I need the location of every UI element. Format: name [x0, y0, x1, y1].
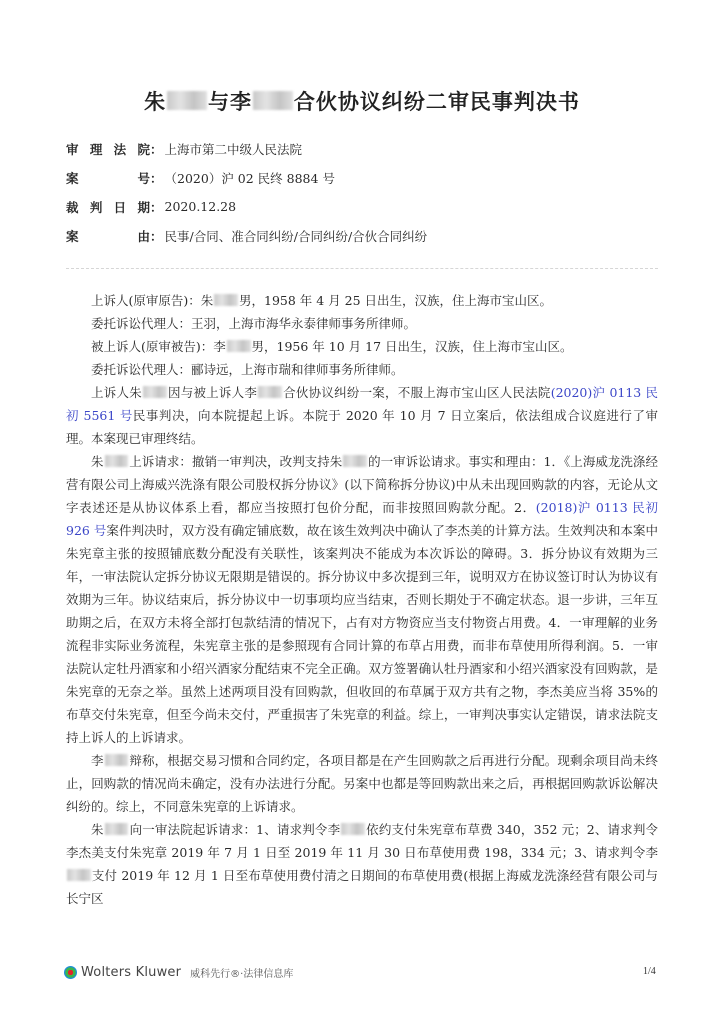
redacted-name — [105, 754, 129, 765]
text: 合伙协议纠纷一案，不服上海市宝山区人民法院 — [283, 385, 551, 400]
redacted-name — [167, 91, 207, 110]
meta-label: 审 理 法 院 — [66, 140, 150, 158]
text: 上诉人(原审原告)：朱 — [91, 293, 213, 308]
redacted-name — [143, 386, 167, 397]
paragraph-appellant-agent: 委托诉讼代理人：王羽，上海市海华永泰律师事务所律师。 — [66, 312, 658, 335]
text: 支付 2019 年 12 月 1 日至布草使用费付清之日期间的布草使用费(根据上… — [66, 868, 658, 906]
text: 朱 — [91, 822, 104, 837]
text: 李 — [91, 753, 104, 768]
label-char: 日 — [114, 198, 127, 216]
paragraph-defense: 李辩称，根据交易习惯和合同约定，各项目都是在产生回购款之后再进行分配。现剩余项目… — [66, 749, 658, 818]
label-char: 案 — [66, 227, 79, 245]
paragraph-appeal-request: 朱上诉请求：撤销一审判决，改判支持朱的一审诉讼请求。事实和理由：1．《上海威龙洗… — [66, 450, 658, 749]
text: 上诉请求：撤销一审判决，改判支持朱 — [129, 454, 342, 469]
colon: ： — [150, 169, 163, 187]
paragraph-appellee: 被上诉人(原审被告)：李男，1956 年 10 月 17 日出生，汉族，住上海市… — [66, 335, 658, 358]
label-char: 法 — [114, 140, 127, 158]
redacted-name — [67, 869, 91, 880]
title-part: 合伙协议纠纷二审民事判决书 — [294, 89, 580, 114]
footer-branding: Wolters Kluwer 威科先行®·法律信息库 — [64, 965, 293, 980]
meta-court: 审 理 法 院 ： 上海市第二中级人民法院 — [66, 134, 427, 163]
label-char: 理 — [90, 140, 103, 158]
label-char: 院 — [137, 140, 150, 158]
meta-value: （2020）沪 02 民终 8884 号 — [165, 169, 335, 187]
label-char: 案 — [66, 169, 79, 187]
paragraph-appellant: 上诉人(原审原告)：朱男，1958 年 4 月 25 日出生，汉族，住上海市宝山… — [66, 289, 658, 312]
meta-value: 上海市第二中级人民法院 — [165, 140, 303, 158]
text: 男，1956 年 10 月 17 日出生，汉族，住上海市宝山区。 — [252, 339, 573, 354]
product-name: 威科先行®·法律信息库 — [190, 965, 293, 980]
redacted-name — [258, 386, 282, 397]
label-char: 号 — [137, 169, 150, 187]
case-metadata: 审 理 法 院 ： 上海市第二中级人民法院 案 号 ： （2020）沪 02 民… — [66, 134, 427, 250]
redacted-name — [341, 823, 365, 834]
text: 因与被上诉人李 — [168, 385, 257, 400]
document-title: 朱与李合伙协议纠纷二审民事判决书 — [0, 86, 724, 116]
redacted-name — [253, 91, 293, 110]
text: 朱 — [91, 454, 104, 469]
colon: ： — [150, 198, 163, 216]
judgment-body: 上诉人(原审原告)：朱男，1958 年 4 月 25 日出生，汉族，住上海市宝山… — [66, 289, 658, 910]
label-char: 期 — [137, 198, 150, 216]
title-part: 与李 — [208, 89, 252, 114]
meta-cause: 案 由 ： 民事/合同、准合同纠纷/合同纠纷/合伙合同纠纷 — [66, 221, 427, 250]
page-number: 1/4 — [643, 966, 656, 977]
brand-name: Wolters Kluwer — [81, 965, 181, 980]
redacted-name — [343, 455, 367, 466]
meta-label: 案 由 — [66, 227, 150, 245]
meta-value: 民事/合同、准合同纠纷/合同纠纷/合伙合同纠纷 — [165, 227, 428, 245]
title-part: 朱 — [144, 89, 166, 114]
redacted-name — [105, 455, 129, 466]
redacted-name — [227, 340, 251, 351]
redacted-name — [105, 823, 129, 834]
redacted-name — [214, 294, 238, 305]
label-char: 裁 — [66, 198, 79, 216]
meta-case-number: 案 号 ： （2020）沪 02 民终 8884 号 — [66, 163, 427, 192]
label-char: 由 — [137, 227, 150, 245]
meta-value: 2020.12.28 — [165, 199, 237, 214]
wolters-kluwer-globe-icon — [64, 966, 77, 979]
colon: ： — [150, 140, 163, 158]
meta-label: 裁 判 日 期 — [66, 198, 150, 216]
colon: ： — [150, 227, 163, 245]
label-char: 判 — [90, 198, 103, 216]
meta-judgment-date: 裁 判 日 期 ： 2020.12.28 — [66, 192, 427, 221]
text: 民事判决，向本院提起上诉。本院于 2020 年 10 月 7 日立案后，依法组成… — [66, 408, 658, 446]
meta-label: 案 号 — [66, 169, 150, 187]
paragraph-case-intro: 上诉人朱因与被上诉人李合伙协议纠纷一案，不服上海市宝山区人民法院(2020)沪 … — [66, 381, 658, 450]
label-char: 审 — [66, 140, 79, 158]
text: 案件判决时，双方没有确定铺底数，故在该生效判决中确认了李杰美的计算方法。生效判决… — [66, 523, 658, 745]
text: 被上诉人(原审被告)：李 — [91, 339, 226, 354]
text: 向一审法院起诉请求：1、请求判令李 — [129, 822, 340, 837]
text: 男，1958 年 4 月 25 日出生，汉族，住上海市宝山区。 — [239, 293, 552, 308]
paragraph-original-claims: 朱向一审法院起诉请求：1、请求判令李依约支付朱宪章布草费 340，352 元；2… — [66, 818, 658, 910]
dashed-divider — [66, 268, 658, 269]
paragraph-appellee-agent: 委托诉讼代理人：郦诗远，上海市瑞和律师事务所律师。 — [66, 358, 658, 381]
text: 上诉人朱 — [91, 385, 142, 400]
text: 辩称，根据交易习惯和合同约定，各项目都是在产生回购款之后再进行分配。现剩余项目尚… — [66, 753, 658, 814]
